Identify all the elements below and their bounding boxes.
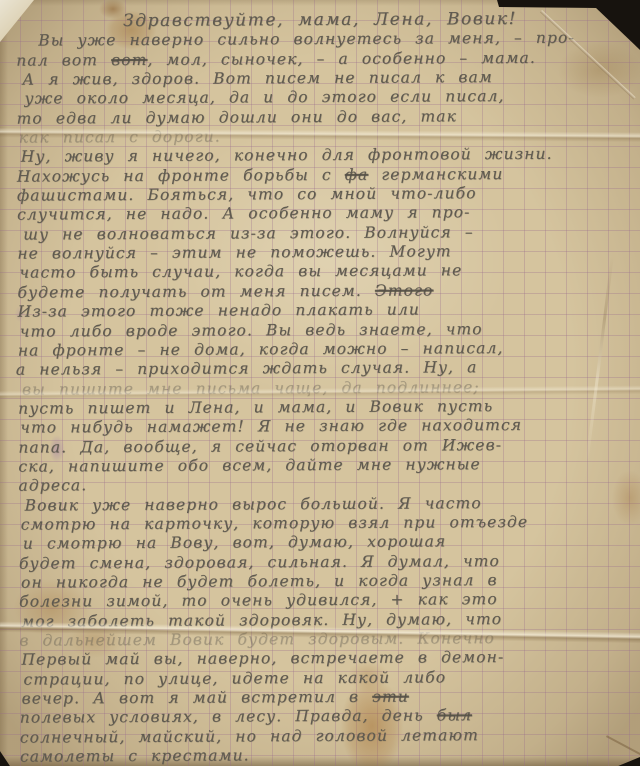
handwritten-text: на фронте – не дома, когда можно – напис… [18, 339, 504, 360]
crossed-out-word: вот [111, 51, 147, 69]
letter-lines: Здравствуйте, мама, Лена, Вовик!Вы уже н… [8, 9, 636, 766]
handwritten-text: случится, не надо. А особенно маму я про… [17, 204, 470, 224]
handwritten-text: а нельзя – приходится ждать случая. Ну, … [16, 358, 478, 378]
handwritten-text: германскими [368, 165, 503, 184]
handwritten-text: Нахожусь на фронте борьбы с [17, 166, 345, 186]
crossed-out-word: фа [345, 166, 369, 184]
handwritten-text: Вы уже наверно сильно волнуетесь за меня… [38, 29, 575, 50]
handwritten-text: полевых условиях, в лесу. Правда, день [20, 707, 437, 727]
handwritten-text: страции, по улице, идете на какой либо [23, 668, 446, 688]
handwritten-text: уже около месяца, да и до этого если пис… [24, 87, 504, 108]
scanned-letter-photo: Здравствуйте, мама, Лена, Вовик!Вы уже н… [0, 0, 640, 766]
handwritten-text: Из-за этого тоже ненадо плакать или [18, 301, 420, 321]
handwritten-text: Вовик уже наверно вырос большой. Я часто [25, 494, 482, 514]
handwritten-text: вы пишите мне письма чаще, да подлиннее; [22, 378, 480, 398]
handwritten-text: А я жив, здоров. Вот писем не писал к ва… [22, 68, 492, 88]
handwritten-text: шу не волноваться из-за этого. Волнуйся … [23, 223, 474, 243]
letter-salutation-line: Здравствуйте, мама, Лена, Вовик! [123, 9, 632, 31]
handwritten-text: Ну, живу я ничего, конечно для фронтовой… [21, 145, 553, 166]
crossed-out-word: был [437, 707, 472, 725]
letter-line: как писал с дороги. [19, 125, 633, 148]
crossed-out-word: Этого [375, 281, 434, 299]
handwritten-text: не волнуйся – этим не поможешь. Могут [17, 242, 451, 262]
letter-line: Ну, живу я ничего, конечно для фронтовой… [21, 145, 633, 168]
letter-line: Вы уже наверно сильно волнуетесь за меня… [38, 29, 632, 51]
crossed-out-word: эти [372, 688, 409, 706]
handwritten-text: Первый май вы, наверно, встречаете в дем… [21, 648, 504, 669]
handwritten-text: , мол, сыночек, – а особенно – мама. [147, 49, 536, 69]
letter-line: в дальнейшем Вовик будет здоровым. Конеч… [19, 628, 635, 651]
handwritten-text: будете получать от меня писем. [17, 282, 374, 302]
handwritten-text: пусть пишет и Лена, и мама, и Вовик пуст… [18, 397, 493, 417]
handwritten-text: фашистами. Бояться, что со мной что-либо [17, 184, 477, 204]
handwritten-text: адреса. [18, 476, 87, 494]
handwritten-text: Здравствуйте, мама, Лена, Вовик! [123, 9, 517, 31]
handwritten-text: смотрю на карточку, которую взял при отъ… [21, 513, 529, 534]
handwritten-text: ска, напишите обо всем, дайте мне нужные [18, 455, 480, 475]
handwritten-text: и смотрю на Вову, вот, думаю, хорошая [23, 533, 447, 553]
handwritten-text: что нибудь намажет! Я не знаю где находи… [20, 416, 522, 437]
handwritten-text: он никогда не будет болеть, и когда узна… [21, 571, 498, 591]
handwritten-text: болезни зимой, то очень удивился, + как … [19, 590, 498, 611]
letter-line: самолеты с крестами. [20, 744, 636, 766]
handwritten-text: будет смена, здоровая, сильная. Я думал,… [19, 552, 500, 573]
handwritten-text: то едва ли думаю дошли они до вас, так [17, 107, 457, 127]
handwritten-text: мог заболеть такой здоровяк. Ну, думаю, … [21, 610, 502, 631]
handwritten-text: папа. Да, вообще, я сейчас оторван от Иж… [18, 436, 502, 457]
handwritten-text: что либо вроде этого. Вы ведь знаете, чт… [20, 320, 483, 340]
handwritten-text: пал вот [16, 51, 111, 69]
letter-line: вы пишите мне письма чаще, да подлиннее; [22, 377, 634, 400]
handwritten-text: самолеты с крестами. [20, 746, 250, 765]
handwritten-text: как писал с дороги. [19, 128, 221, 147]
handwritten-text: часто быть случаи, когда вы месяцами не [19, 262, 462, 282]
handwritten-text: в дальнейшем Вовик будет здоровым. Конеч… [19, 629, 495, 649]
handwritten-text: вечер. А вот я май встретил в [22, 688, 373, 708]
handwritten-text: солнечный, майский, но над головой летаю… [20, 726, 479, 746]
